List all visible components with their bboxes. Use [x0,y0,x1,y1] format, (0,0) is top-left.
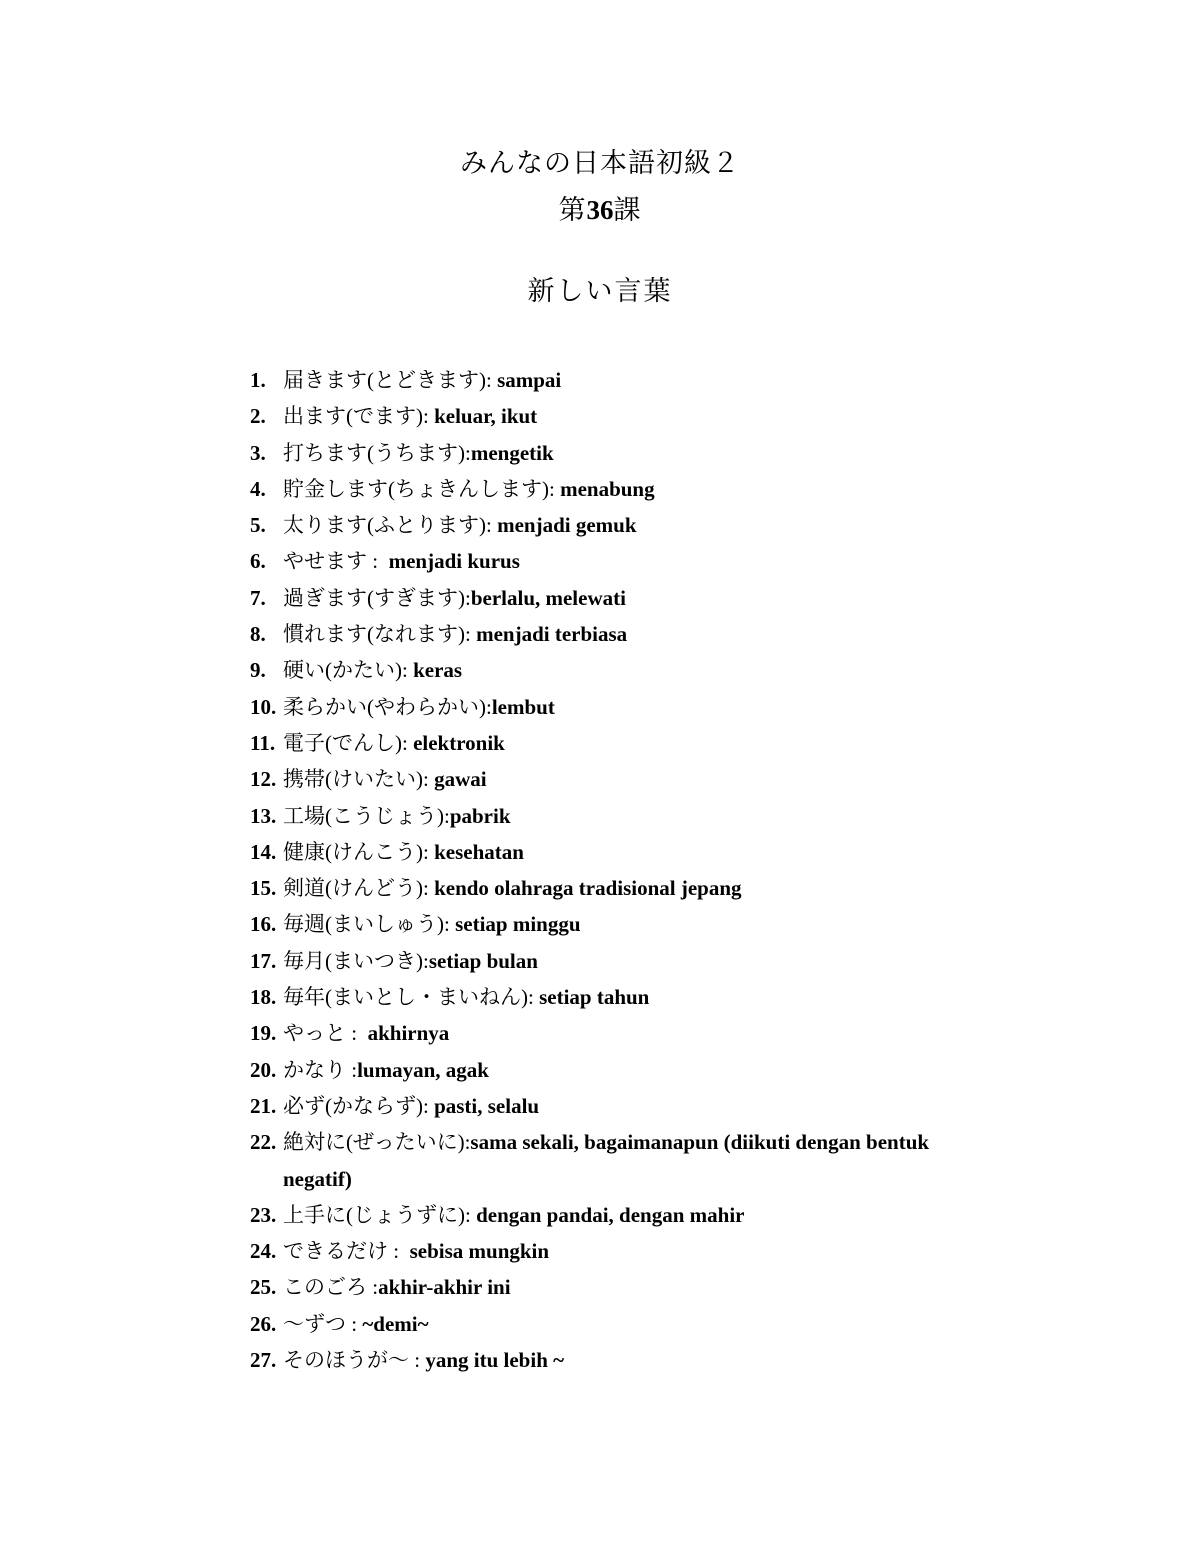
vocab-list-item: 20.かなり :lumayan, agak [250,1052,972,1088]
item-japanese-text: 届きます(とどきます): [283,368,497,392]
item-number: 4. [250,471,266,507]
item-japanese-text: 毎週(まいしゅう): [283,912,455,936]
item-japanese-text: 上手に(じょうずに): [283,1203,476,1227]
item-translation-text: setiap minggu [455,912,580,936]
item-japanese-text: 必ず(かならず): [283,1094,434,1118]
vocab-list-item: 9.硬い(かたい): keras [250,652,972,688]
vocab-list-item: 8.慣れます(なれます): menjadi terbiasa [250,616,972,652]
item-translation-text: ~demi~ [362,1312,428,1336]
item-translation-text: sampai [497,368,561,392]
item-translation-text: akhirnya [368,1021,450,1045]
item-number: 15. [250,870,276,906]
item-translation-text: kesehatan [434,840,524,864]
item-translation-text: akhir-akhir ini [378,1275,510,1299]
lesson-prefix: 第 [559,195,587,225]
item-number: 9. [250,652,266,688]
item-translation-text: setiap bulan [429,949,538,973]
item-translation-text: pabrik [450,804,511,828]
item-translation-text: gawai [434,767,487,791]
vocab-list-item: 7.過ぎます(すぎます):berlalu, melewati [250,580,972,616]
item-japanese-text: 出ます(でます): [283,404,434,428]
item-japanese-text: やっと : [283,1021,368,1045]
vocab-list-item: 5.太ります(ふとります): menjadi gemuk [250,507,972,543]
item-translation-text: keras [413,658,462,682]
item-number: 6. [250,543,266,579]
vocab-list-item: 4.貯金します(ちょきんします): menabung [250,471,972,507]
item-number: 3. [250,435,266,471]
vocab-list-item: 16.毎週(まいしゅう): setiap minggu [250,906,972,942]
item-japanese-text: 健康(けんこう): [283,840,434,864]
item-number: 16. [250,906,276,942]
item-translation-text: menjadi kurus [389,549,520,573]
item-translation-text: menjadi terbiasa [476,622,627,646]
vocab-list-item: 18.毎年(まいとし・まいねん): setiap tahun [250,979,972,1015]
item-japanese-text: 太ります(ふとります): [283,513,497,537]
vocab-list-item: 2.出ます(でます): keluar, ikut [250,398,972,434]
item-translation-text: sebisa mungkin [410,1239,549,1263]
item-translation-text: dengan pandai, dengan mahir [476,1203,744,1227]
vocab-list-item: 6.やせます : menjadi kurus [250,543,972,579]
vocab-list-item: 17.毎月(まいつき):setiap bulan [250,943,972,979]
item-japanese-text: 毎年(まいとし・まいねん): [283,985,539,1009]
item-japanese-text: 柔らかい(やわらかい): [283,695,492,719]
item-number: 1. [250,362,266,398]
vocab-list-item: 15.剣道(けんどう): kendo olahraga tradisional … [250,870,972,906]
vocab-list-item: 21.必ず(かならず): pasti, selalu [250,1088,972,1124]
item-japanese-text: このごろ : [283,1275,378,1299]
lesson-suffix: 課 [614,195,642,225]
item-number: 24. [250,1233,276,1269]
item-number: 12. [250,761,276,797]
item-japanese-text: 貯金します(ちょきんします): [283,477,560,501]
item-translation-text: elektronik [413,731,505,755]
item-translation-text: lembut [492,695,555,719]
item-japanese-text: 剣道(けんどう): [283,876,434,900]
item-number: 2. [250,398,266,434]
item-translation-text: kendo olahraga tradisional jepang [434,876,741,900]
vocab-list-item: 24.できるだけ : sebisa mungkin [250,1233,972,1269]
item-number: 11. [250,725,275,761]
item-number: 7. [250,580,266,616]
vocab-list-item: 13.工場(こうじょう):pabrik [250,798,972,834]
item-number: 19. [250,1015,276,1051]
item-number: 13. [250,798,276,834]
item-japanese-text: 携帯(けいたい): [283,767,434,791]
item-japanese-text: 硬い(かたい): [283,658,413,682]
vocab-list-item: 23.上手に(じょうずに): dengan pandai, dengan mah… [250,1197,972,1233]
item-number: 10. [250,689,276,725]
section-heading: 新しい言葉 [0,276,1200,306]
item-japanese-text: かなり : [283,1058,357,1082]
item-translation-text: mengetik [471,441,554,465]
item-number: 26. [250,1306,276,1342]
item-number: 23. [250,1197,276,1233]
vocab-list-item: 10.柔らかい(やわらかい):lembut [250,689,972,725]
item-number: 25. [250,1269,276,1305]
lesson-title: 第36課 [0,187,1200,234]
item-translation-text: menabung [560,477,655,501]
item-number: 18. [250,979,276,1015]
vocab-list-item: 27.そのほうが～ : yang itu lebih ~ [250,1342,972,1378]
item-translation-text: lumayan, agak [357,1058,489,1082]
item-translation-text: keluar, ikut [434,404,537,428]
vocab-list-item: 19.やっと : akhirnya [250,1015,972,1051]
vocab-list-item: 14.健康(けんこう): kesehatan [250,834,972,870]
item-number: 21. [250,1088,276,1124]
document-title: みんなの日本語初級２ [0,140,1200,187]
item-number: 27. [250,1342,276,1378]
item-japanese-text: そのほうが～ : [283,1348,425,1372]
vocab-list-item: 26.～ずつ : ~demi~ [250,1306,972,1342]
item-number: 8. [250,616,266,652]
item-number: 17. [250,943,276,979]
lesson-number: 36 [587,195,614,225]
title-block: みんなの日本語初級２ 第36課 [0,140,1200,234]
item-japanese-text: 過ぎます(すぎます): [283,586,471,610]
vocab-list: 1.届きます(とどきます): sampai 2.出ます(でます): keluar… [250,362,972,1378]
item-translation-text: yang itu lebih ~ [425,1348,564,1372]
item-japanese-text: 工場(こうじょう): [283,804,450,828]
item-japanese-text: 慣れます(なれます): [283,622,476,646]
item-japanese-text: やせます : [283,549,389,573]
document-page: みんなの日本語初級２ 第36課 新しい言葉 1.届きます(とどきます): sam… [0,0,1200,1378]
item-number: 22. [250,1124,276,1160]
item-number: 14. [250,834,276,870]
vocab-list-item: 12.携帯(けいたい): gawai [250,761,972,797]
item-japanese-text: できるだけ : [283,1239,410,1263]
item-japanese-text: 電子(でんし): [283,731,413,755]
vocab-list-item: 25.このごろ :akhir-akhir ini [250,1269,972,1305]
item-number: 20. [250,1052,276,1088]
item-translation-text: pasti, selalu [434,1094,539,1118]
item-japanese-text: 絶対に(ぜったいに): [283,1130,470,1154]
vocab-list-item: 11.電子(でんし): elektronik [250,725,972,761]
vocab-list-item: 1.届きます(とどきます): sampai [250,362,972,398]
item-japanese-text: 打ちます(うちます): [283,441,471,465]
item-translation-text: menjadi gemuk [497,513,636,537]
item-japanese-text: ～ずつ : [283,1312,362,1336]
vocab-list-item: 22.絶対に(ぜったいに):sama sekali, bagaimanapun … [250,1124,972,1197]
item-number: 5. [250,507,266,543]
vocab-list-item: 3.打ちます(うちます):mengetik [250,435,972,471]
item-japanese-text: 毎月(まいつき): [283,949,429,973]
item-translation-text: setiap tahun [539,985,649,1009]
item-translation-text: berlalu, melewati [471,586,626,610]
